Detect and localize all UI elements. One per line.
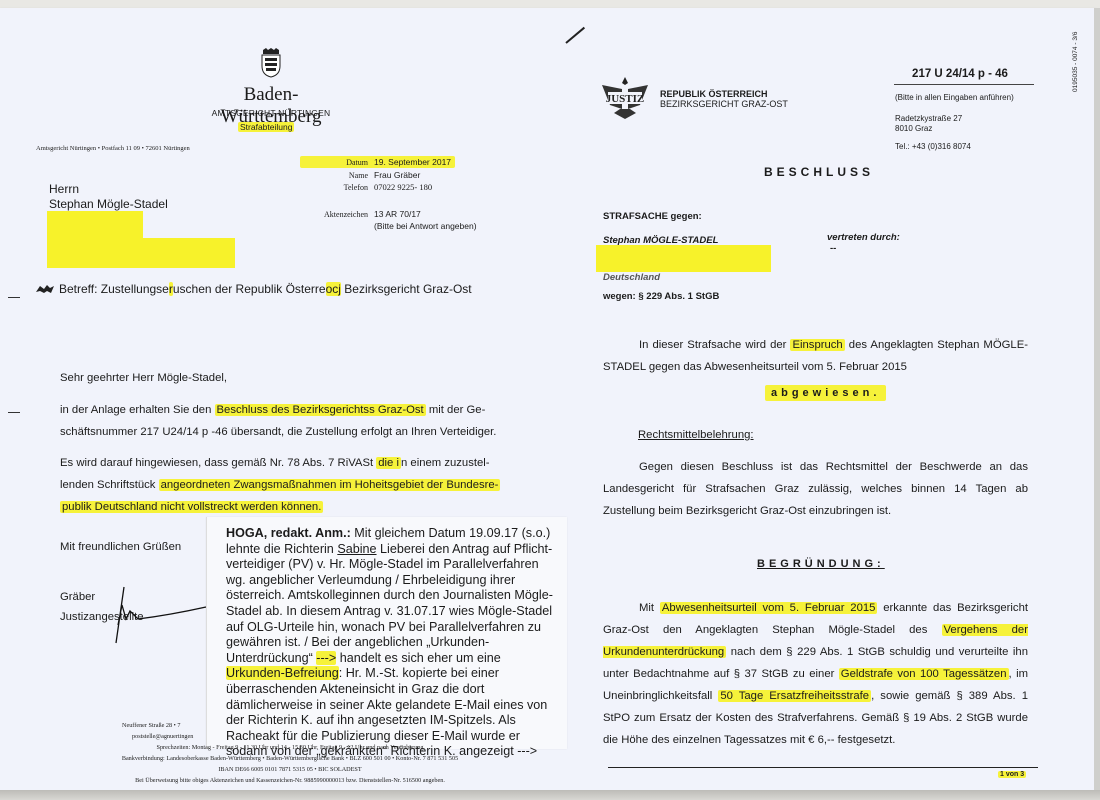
- text: In dieser Strafsache wird der: [639, 339, 790, 351]
- note-text: Lieberei den Antrag auf Pflicht-verteidi…: [226, 542, 553, 665]
- appeal-text: Gegen diesen Beschluss ist das Rechtsmit…: [603, 456, 1028, 522]
- defendant-country: Deutschland: [603, 272, 660, 283]
- footer-iban: IBAN DE66 6005 0101 7871 5315 05 • BIC S…: [30, 764, 550, 775]
- page-edge-bottom: [0, 790, 1100, 800]
- subject-line: Betreff: Zustellungseruschen der Republi…: [36, 282, 472, 296]
- highlighted-text: Einspruch: [790, 339, 844, 351]
- highlighted-text: Geldstrafe von 100 Tagessätzen: [839, 668, 1009, 680]
- case-against-label: STRAFSACHE gegen:: [603, 211, 702, 222]
- republic-name: REPUBLIK ÖSTERREICH: [660, 89, 788, 99]
- closing: Mit freundlichen Grüßen: [60, 536, 181, 558]
- meta-name: NameFrau Gräber: [304, 170, 420, 180]
- highlighted-text: angeordneten Zwangsmaßnahmen im Hoheitsg…: [159, 479, 501, 491]
- verdict-text: abgewiesen.: [765, 385, 886, 401]
- reference-hint: (Bitte bei Antwort angeben): [374, 221, 477, 231]
- paragraph-2: Es wird darauf hingewiesen, dass gemäß N…: [60, 452, 510, 518]
- case-number: 217 U 24/14 p - 46: [890, 68, 1030, 80]
- note-label: HOGA, redakt. Anm.:: [226, 526, 351, 540]
- department: Strafabteilung: [238, 122, 294, 132]
- highlighted-text: Beschluss des Bezirksgerichtss Graz-Ost: [215, 404, 426, 416]
- ruling-text: In dieser Strafsache wird der Einspruch …: [603, 334, 1028, 378]
- reasons-heading: BEGRÜNDUNG:: [757, 558, 885, 570]
- redaction-block: [47, 211, 143, 239]
- meta-date: Datum19. September 2017: [300, 157, 455, 167]
- text: mit der Ge-: [426, 404, 486, 416]
- name-label: Name: [304, 171, 368, 180]
- text: schäftsnummer 217 U24/14 p -46 übersandt…: [60, 421, 500, 443]
- page-count-text: 1 von 3: [998, 771, 1026, 778]
- case-hint: (Bitte in allen Eingaben anführen): [895, 93, 1014, 102]
- austrian-court-heading: REPUBLIK ÖSTERREICH BEZIRKSGERICHT GRAZ-…: [660, 89, 788, 109]
- court-phone: Tel.: +43 (0)316 8074: [895, 142, 971, 151]
- represented-by-value: --: [830, 243, 836, 254]
- verdict: abgewiesen.: [765, 387, 886, 399]
- text: Es wird darauf hingewiesen, dass gemäß N…: [60, 457, 376, 469]
- name-value: Frau Gräber: [374, 170, 420, 180]
- phone-label: Telefon: [304, 183, 368, 192]
- page-count: 1 von 3: [998, 771, 1026, 778]
- footer-transfer-note: Bei Überweisung bitte obiges Aktenzeiche…: [30, 775, 550, 786]
- footer: Neuffener Straße 28 • 7 poststelle@agnue…: [30, 720, 550, 786]
- side-code: 0195035 - 0074 - 3/6: [1072, 32, 1079, 92]
- court-street: Radetzkystraße 27: [895, 114, 962, 123]
- highlighted-text: Abwesenheitsurteil vom 5. Februar 2015: [660, 602, 878, 614]
- footer-address: Neuffener Straße 28 • 7: [30, 720, 550, 731]
- signer-name: Gräber: [60, 586, 95, 608]
- court-name-austria: BEZIRKSGERICHT GRAZ-OST: [660, 99, 788, 109]
- baden-wuerttemberg-crest-icon: [260, 48, 282, 78]
- text: Mit: [639, 602, 660, 614]
- highlighted-text: publik Deutschland nicht vollstreckt wer…: [60, 501, 323, 513]
- redaction-block: [47, 238, 235, 268]
- reasons-text: Mit Abwesenheitsurteil vom 5. Februar 20…: [603, 597, 1028, 751]
- represented-by-label: vertreten durch:: [827, 232, 900, 243]
- text: n einem zuzustel-: [401, 457, 490, 469]
- subject-highlight: ocj: [326, 282, 341, 296]
- recipient-name: Stephan Mögle-Stadel: [49, 197, 168, 212]
- meta-phone: Telefon07022 9225- 180: [304, 182, 432, 192]
- austrian-eagle-icon: JUSTIZ: [600, 75, 650, 120]
- court-name: AMTSGERICHT NÜRTINGEN: [196, 108, 346, 118]
- reference-value: 13 AR 70/17: [374, 209, 421, 219]
- appeal-heading: Rechtsmittelbelehrung:: [638, 429, 754, 441]
- meta-reference: Aktenzeichen13 AR 70/17: [304, 209, 421, 219]
- page-edge: [1094, 8, 1100, 790]
- logo-text: JUSTIZ: [606, 93, 645, 105]
- note-arrow: --->: [316, 651, 336, 665]
- recipient-address: Herrn Stephan Mögle-Stadel: [49, 182, 168, 212]
- footer-email: poststelle@agnuertingen: [30, 731, 550, 742]
- subject-text: Betreff: Zustellungse: [59, 282, 169, 296]
- text: in der Anlage erhalten Sie den: [60, 404, 215, 416]
- footer-bank: Bankverbindung: Landesoberkasse Baden-Wü…: [30, 753, 550, 764]
- greeting: Sehr geehrter Herr Mögle-Stadel,: [60, 367, 227, 389]
- court-city: 8010 Graz: [895, 124, 932, 133]
- fold-mark: [8, 412, 20, 413]
- recipient-salutation: Herrn: [49, 182, 168, 197]
- case-number-rule: [894, 84, 1034, 85]
- phone-value: 07022 9225- 180: [374, 182, 432, 192]
- note-highlight: Urkunden-Befreiung: [226, 666, 339, 680]
- subject-text: Bezirksgericht Graz-Ost: [341, 282, 472, 296]
- signature-icon: [110, 585, 210, 645]
- highlighted-text: 50 Tage Ersatzfreiheitsstrafe: [718, 690, 871, 702]
- highlighted-text: die i: [376, 457, 401, 469]
- bottom-rule: [608, 767, 1038, 768]
- lion-icon: [36, 284, 54, 294]
- reference-label: Aktenzeichen: [304, 210, 368, 219]
- note-text: handelt es sich eher um eine: [336, 651, 501, 665]
- sender-line: Amtsgericht Nürtingen • Postfach 11 09 •…: [36, 145, 190, 152]
- date-value: 19. September 2017: [374, 157, 451, 167]
- fold-mark: [8, 297, 20, 298]
- document-title: BESCHLUSS: [764, 165, 874, 179]
- footer-hours: Sprechzeiten: Montag - Freitag 9 - 11.30…: [30, 742, 550, 753]
- paragraph-1: in der Anlage erhalten Sie den Beschluss…: [60, 399, 500, 443]
- subject-text: uschen der Republik Österre: [173, 282, 326, 296]
- department-label: Strafabteilung: [238, 122, 294, 132]
- note-underlined: Sabine: [337, 542, 376, 556]
- date-label: Datum: [304, 158, 368, 167]
- charge: wegen: § 229 Abs. 1 StGB: [603, 291, 719, 302]
- text: lenden Schriftstück: [60, 479, 159, 491]
- redaction-block: [596, 245, 771, 272]
